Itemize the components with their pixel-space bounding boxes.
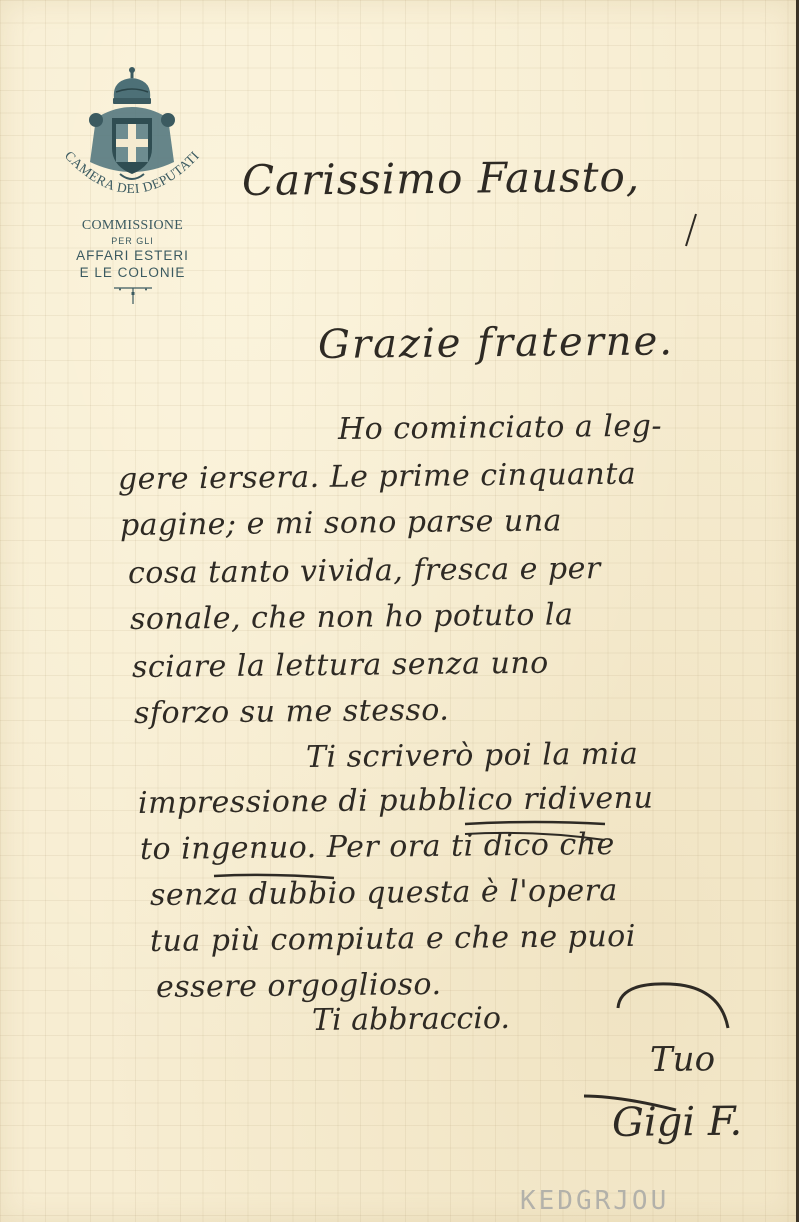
- letterhead: CAMERA DEI DEPUTATI COMMISSIONE PER GLI …: [50, 62, 215, 306]
- body-line: sforzo su me stesso.: [134, 693, 450, 731]
- letterhead-per-gli: PER GLI: [50, 236, 215, 246]
- body-line: essere orgoglioso.: [156, 967, 442, 1005]
- archive-stamp: KEDGRJOU: [520, 1186, 669, 1216]
- body-line: impressione di pubblico ridivenu: [138, 781, 654, 821]
- underline-pubblico-icon: [455, 818, 615, 848]
- letter-sheet: CAMERA DEI DEPUTATI COMMISSIONE PER GLI …: [0, 0, 799, 1222]
- comma-stroke-icon: [684, 212, 698, 248]
- signature-name: Gigi F.: [612, 1099, 743, 1146]
- body-line: Ho cominciato a leg-: [338, 409, 662, 447]
- salutation: Carissimo Fausto,: [242, 152, 641, 205]
- body-line: pagine; e mi sono parse una: [120, 503, 562, 543]
- body-line: tua più compiuta e che ne puoi: [150, 919, 636, 959]
- signature-tuo: Tuo: [650, 1039, 715, 1080]
- letterhead-affari-esteri: AFFARI ESTERI: [50, 248, 215, 263]
- letterhead-flourish-icon: [108, 284, 158, 306]
- body-line: gere iersera. Le prime cinquanta: [118, 457, 637, 497]
- underline-ingenuo-icon: [210, 870, 340, 882]
- body-line: Ti scriverò poi la mia: [306, 737, 639, 775]
- closing: Ti abbraccio.: [312, 1001, 510, 1038]
- body-line: cosa tanto vivida, fresca e per: [128, 551, 601, 591]
- opening-line: Grazie fraterne.: [318, 318, 674, 368]
- royal-coat-of-arms-icon: CAMERA DEI DEPUTATI: [50, 62, 215, 212]
- letterhead-commissione: COMMISSIONE: [50, 218, 215, 234]
- signature-flourish-icon: [610, 978, 740, 1048]
- body-line: sonale, che non ho potuto la: [130, 597, 574, 637]
- body-line: sciare la lettura senza uno: [132, 646, 549, 685]
- letterhead-colonie: E LE COLONIE: [50, 265, 215, 280]
